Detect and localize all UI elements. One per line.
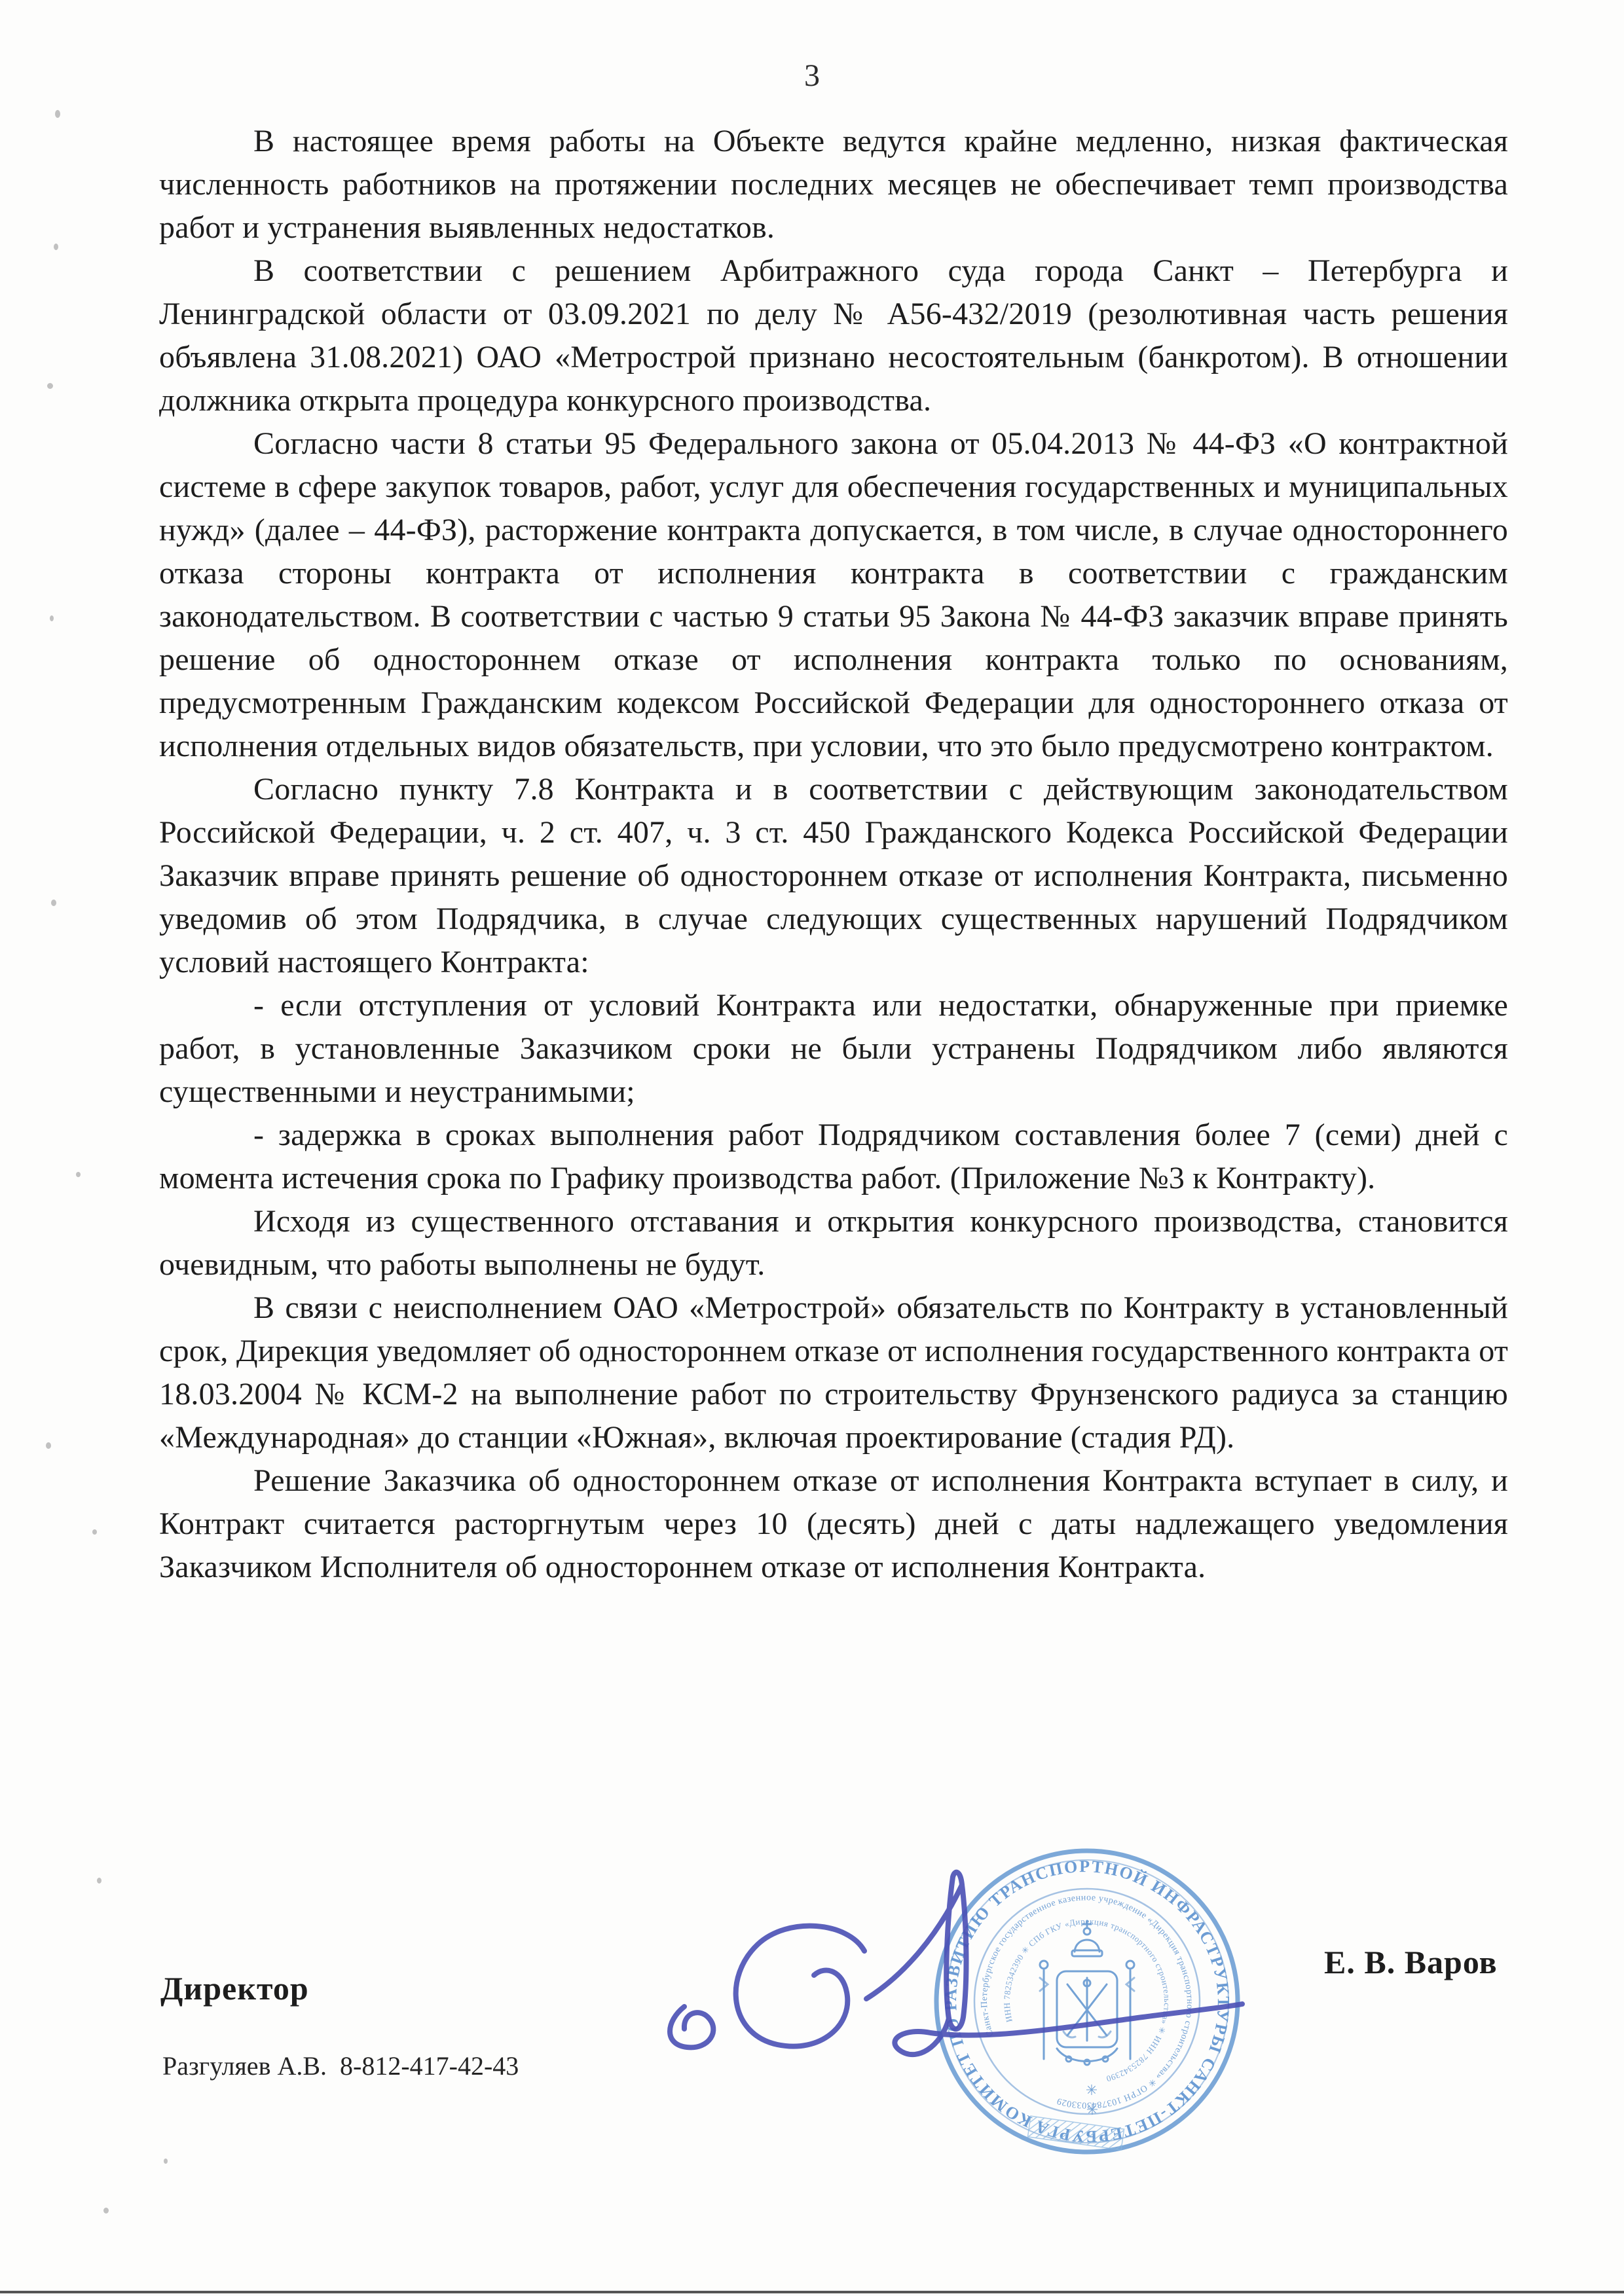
document-body: В настоящее время работы на Объекте веду…	[159, 120, 1508, 1589]
scan-speck	[47, 383, 53, 389]
scan-speck	[54, 244, 58, 250]
scan-speck	[76, 1172, 81, 1177]
scan-speck	[50, 615, 54, 621]
document-page: 3 В настоящее время работы на Объекте ве…	[0, 0, 1624, 2296]
handwritten-signature	[645, 1830, 1261, 2079]
scan-speck	[97, 1878, 101, 1884]
scan-speck	[51, 900, 56, 906]
paragraph: Согласно пункту 7.8 Контракта и в соотве…	[159, 768, 1508, 984]
scan-speck	[103, 2208, 109, 2214]
scan-edge-line	[0, 2291, 1624, 2293]
stamp-center-mark: ✳	[1086, 2082, 1098, 2098]
paragraph: Решение Заказчика об одностороннем отказ…	[159, 1459, 1508, 1589]
paragraph: В связи с неисполнением ОАО «Метрострой»…	[159, 1286, 1508, 1459]
paragraph: В настоящее время работы на Объекте веду…	[159, 120, 1508, 249]
signer-name: Е. В. Варов	[1324, 1943, 1498, 1981]
paragraph: - если отступления от условий Контракта …	[159, 984, 1508, 1114]
paragraph: Согласно части 8 статьи 95 Федерального …	[159, 422, 1508, 768]
stamp-center-mark: ✳	[1086, 2102, 1098, 2118]
paragraph: - задержка в сроках выполнения работ Под…	[159, 1114, 1508, 1200]
executor-contact: Разгуляев А.В. 8-812-417-42-43	[162, 2050, 519, 2081]
paragraph: В соответствии с решением Арбитражного с…	[159, 249, 1508, 422]
signer-title: Директор	[160, 1969, 309, 2007]
scan-speck	[55, 110, 60, 118]
scan-speck	[164, 2159, 168, 2164]
page-number: 3	[0, 58, 1624, 94]
scan-speck	[46, 1442, 51, 1449]
scan-speck	[92, 1529, 97, 1535]
paragraph: Исходя из существенного отставания и отк…	[159, 1200, 1508, 1286]
